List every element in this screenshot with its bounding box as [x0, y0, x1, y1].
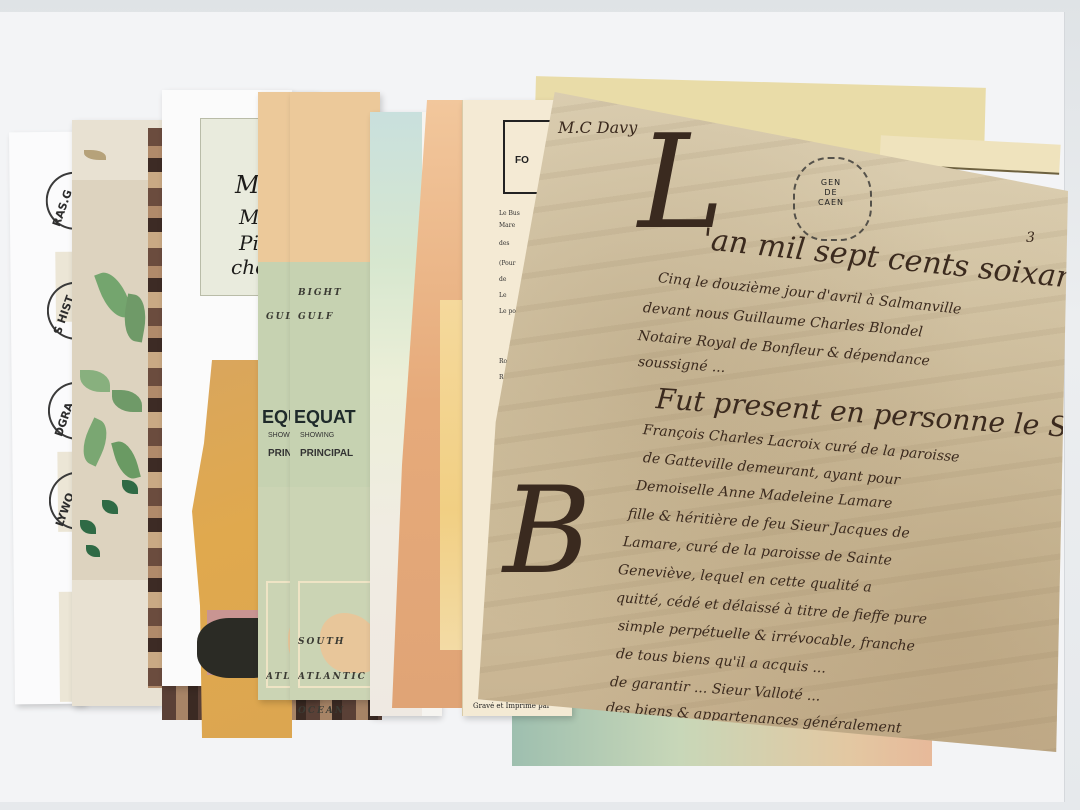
leaf-icon [80, 370, 110, 392]
leaf-icon [102, 500, 118, 514]
manuscript-line: Geneviève, lequel en cette qualité a [617, 562, 872, 596]
newspaper-line: Mare [499, 222, 515, 229]
manuscript-line: de tous biens qu'il a acquis ... [615, 646, 826, 677]
newspaper-line: de [499, 276, 506, 283]
newspaper-line: des [499, 240, 509, 247]
leaf-icon [80, 520, 96, 534]
manuscript-line: de garantir ... Sieur Valloté ... [609, 674, 820, 705]
manuscript-line: soussigné ... [637, 354, 725, 376]
seal-text-line: GEN [811, 178, 851, 188]
newspaper-line: Le Bus [499, 210, 520, 217]
leaf-icon [112, 390, 142, 412]
seal-text-line: DE [811, 188, 851, 198]
manuscript-header-note: M.C Davy [558, 118, 637, 137]
french-manuscript-paper: M.C Davy 3 GEN DE CAEN L B 'an mil sept … [478, 92, 1068, 752]
leaf-icon [122, 480, 138, 494]
seal-text: GEN DE CAEN [811, 178, 851, 208]
newspaper-line: (Pour [499, 260, 515, 267]
newspaper-headline: FO [515, 155, 529, 166]
map-lower-panel [290, 487, 380, 700]
map-sheet-2: EQUAT SHOWING PRINCIPAL BIGHT GULF SOUTH… [290, 92, 380, 700]
script-text: Pi [239, 231, 259, 255]
leaf-icon [76, 417, 115, 466]
leaf-icon [86, 545, 100, 557]
newspaper-line: Le po [499, 308, 516, 315]
leaf-icon [111, 438, 141, 482]
manuscript-initial: B [503, 472, 591, 592]
seal-text-line: CAEN [811, 198, 851, 208]
manuscript-page-number: 3 [1026, 230, 1035, 246]
manuscript-line: Lamare, curé de la paroisse de Sainte [622, 534, 892, 569]
newspaper-line: Le [499, 292, 507, 299]
